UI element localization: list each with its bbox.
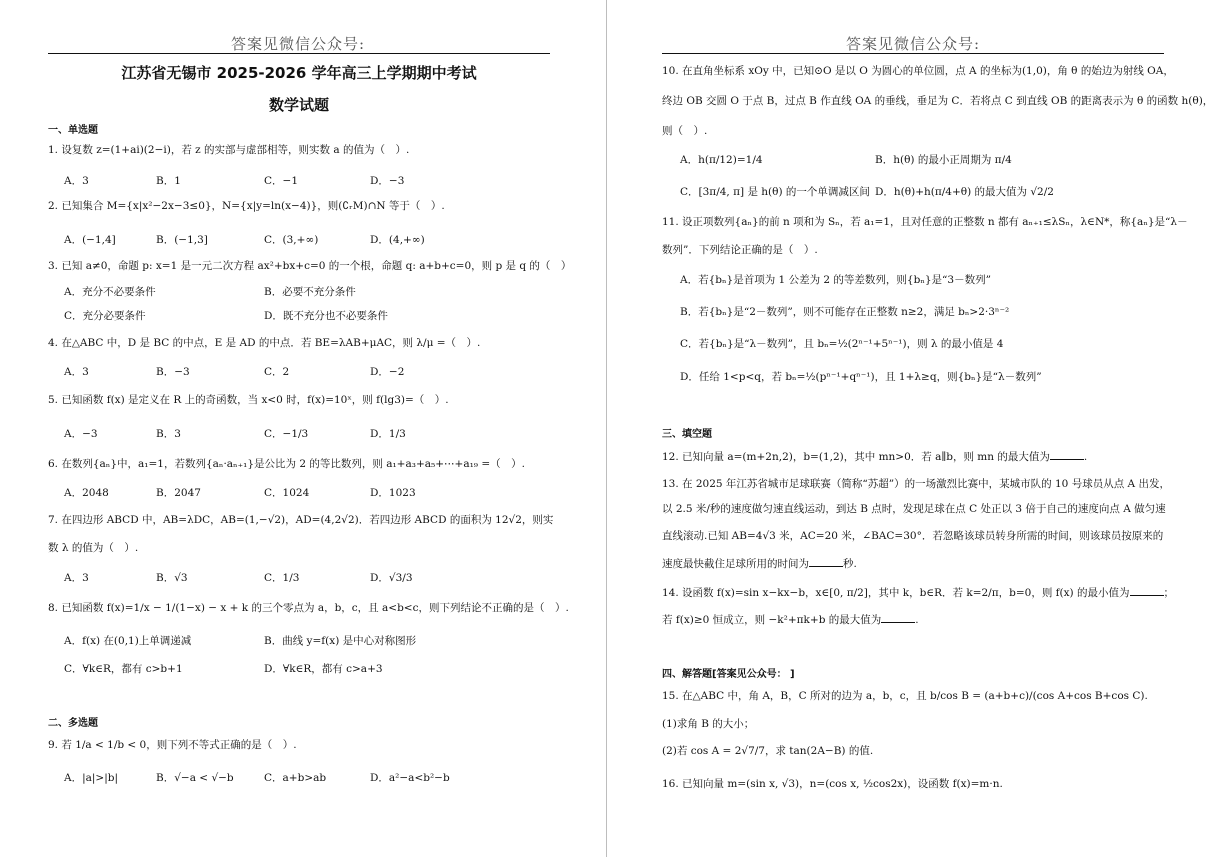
question-10-cont2: 则（ ）. <box>662 124 707 138</box>
question-15-part-1: (1)求角 B 的大小； <box>662 717 754 731</box>
q14-text2: 若 f(x)≥0 恒成立，则 −k²+πk+b 的最大值为 <box>662 614 881 626</box>
question-9: 9. 若 1/a < 1/b < 0，则下列不等式正确的是（ ）. <box>48 738 297 752</box>
question-8: 8. 已知函数 f(x)=1/x − 1/(1−x) − x + k 的三个零点… <box>48 601 569 615</box>
section-heading-fill-blank: 三、填空题 <box>662 425 712 440</box>
right-page: 答案见微信公众号: 10. 在直角坐标系 xOy 中，已知⊙O 是以 O 为圆心… <box>607 0 1214 857</box>
q11-option-d: D．任给 1<p<q，若 bₙ=½(pⁿ⁻¹+qⁿ⁻¹)，且 1+λ≥q，则{b… <box>680 369 1042 384</box>
q3-option-a: A．充分不必要条件 <box>64 284 156 299</box>
answer-blank <box>881 612 915 623</box>
question-12: 12. 已知向量 a=(m+2n,2)，b=(1,2)，其中 mn>0．若 a∥… <box>662 449 1087 464</box>
q4-option-d: D．−2 <box>370 364 404 379</box>
q14-end: ； <box>1164 587 1175 599</box>
q9-option-b: B．√−a < √−b <box>156 770 234 785</box>
q8-option-a: A．f(x) 在(0,1)上单调递减 <box>64 633 191 648</box>
exam-title: 江苏省无锡市 2025-2026 学年高三上学期期中考试 <box>48 62 550 83</box>
header-rule <box>662 53 1164 54</box>
question-1: 1. 设复数 z=(1+ai)(2−i)，若 z 的实部与虚部相等，则实数 a … <box>48 143 409 157</box>
q4-option-b: B．−3 <box>156 364 190 379</box>
question-13-cont3: 速度最快截住足球所用的时间为秒. <box>662 556 857 571</box>
section-heading-solution: 四、解答题[答案见公众号： ] <box>662 665 795 680</box>
answer-blank <box>809 556 843 567</box>
question-10: 10. 在直角坐标系 xOy 中，已知⊙O 是以 O 为圆心的单位圆，点 A 的… <box>662 64 1174 78</box>
question-7-cont: 数 λ 的值为（ ）. <box>48 541 138 555</box>
q1-option-b: B．1 <box>156 173 181 188</box>
page-header: 答案见微信公众号: <box>48 33 548 54</box>
q7-option-b: B．√3 <box>156 570 188 585</box>
q8-option-d: D．∀k∈R，都有 c>a+3 <box>264 661 383 676</box>
q8-option-c: C．∀k∈R，都有 c>b+1 <box>64 661 183 676</box>
q11-option-a: A．若{bₙ}是首项为 1 公差为 2 的等差数列，则{bₙ}是“3－数列” <box>680 272 991 287</box>
question-2: 2. 已知集合 M={x|x²−2x−3≤0}，N={x|y=ln(x−4)}，… <box>48 199 445 213</box>
page-header: 答案见微信公众号: <box>662 33 1164 54</box>
q5-option-c: C．−1/3 <box>264 426 308 441</box>
q4-option-c: C．2 <box>264 364 289 379</box>
question-13: 13. 在 2025 年江苏省城市足球联赛（简称“苏超”）的一场激烈比赛中，某城… <box>662 477 1170 491</box>
q13-text: 速度最快截住足球所用的时间为 <box>662 558 809 570</box>
q1-option-d: D．−3 <box>370 173 404 188</box>
q10-option-a: A．h(π/12)=1/4 <box>680 152 763 167</box>
q14-text: 14. 设函数 f(x)=sin x−kx−b，x∈[0, π/2]，其中 k，… <box>662 587 1130 599</box>
answer-blank <box>1130 585 1164 596</box>
q8-option-b: B．曲线 y=f(x) 是中心对称图形 <box>264 633 416 648</box>
q5-option-b: B．3 <box>156 426 181 441</box>
question-11: 11. 设正项数列{aₙ}的前 n 项和为 Sₙ，若 a₁=1，且对任意的正整数… <box>662 215 1188 229</box>
question-14: 14. 设函数 f(x)=sin x−kx−b，x∈[0, π/2]，其中 k，… <box>662 585 1174 600</box>
q5-option-a: A．−3 <box>64 426 98 441</box>
q6-option-d: D．1023 <box>370 485 416 500</box>
question-14-cont: 若 f(x)≥0 恒成立，则 −k²+πk+b 的最大值为. <box>662 612 919 627</box>
section-heading-multiple-choice: 二、多选题 <box>48 714 98 729</box>
question-15: 15. 在△ABC 中，角 A，B，C 所对的边为 a，b，c，且 b/cos … <box>662 689 1148 703</box>
question-15-part-2: (2)若 cos A = 2√7/7，求 tan(2A−B) 的值. <box>662 744 873 758</box>
q11-option-b: B．若{bₙ}是“2－数列”，则不可能存在正整数 n≥2，满足 bₙ>2·3ⁿ⁻… <box>680 304 1009 319</box>
q1-option-c: C．−1 <box>264 173 298 188</box>
q9-option-a: A．|a|>|b| <box>64 770 118 785</box>
question-13-cont: 以 2.5 米/秒的速度做匀速直线运动，到达 B 点时，发现足球在点 C 处正以… <box>662 502 1166 516</box>
question-13-cont2: 直线滚动.已知 AB=4√3 米，AC=20 米，∠BAC=30°．若忽略该球员… <box>662 529 1163 543</box>
q14-end2: . <box>915 614 918 626</box>
q10-option-c: C．[3π/4, π] 是 h(θ) 的一个单调减区间 <box>680 184 870 199</box>
q10-option-d: D．h(θ)+h(π/4+θ) 的最大值为 √2/2 <box>875 184 1054 199</box>
q3-option-d: D．既不充分也不必要条件 <box>264 308 388 323</box>
q2-option-b: B．(−1,3] <box>156 232 208 247</box>
q3-option-b: B．必要不充分条件 <box>264 284 356 299</box>
q6-option-b: B．2047 <box>156 485 201 500</box>
q7-option-a: A．3 <box>64 570 89 585</box>
header-rule <box>48 53 550 54</box>
q9-option-c: C．a+b>ab <box>264 770 326 785</box>
q6-option-c: C．1024 <box>264 485 309 500</box>
question-7: 7. 在四边形 ABCD 中，AB=λDC，AB=(1,−√2)，AD=(4,2… <box>48 513 553 527</box>
q12-end: . <box>1084 451 1087 463</box>
q2-option-a: A．(−1,4] <box>64 232 116 247</box>
q7-option-d: D．√3/3 <box>370 570 413 585</box>
question-4: 4. 在△ABC 中，D 是 BC 的中点，E 是 AD 的中点．若 BE=λA… <box>48 336 480 350</box>
question-6: 6. 在数列{aₙ}中，a₁=1，若数列{aₙ·aₙ₊₁}是公比为 2 的等比数… <box>48 457 525 471</box>
q7-option-c: C．1/3 <box>264 570 299 585</box>
question-10-cont: 终边 OB 交圆 O 于点 B，过点 B 作直线 OA 的垂线，垂足为 C．若将… <box>662 94 1213 108</box>
q6-option-a: A．2048 <box>64 485 109 500</box>
q13-end: 秒. <box>843 558 857 570</box>
q2-option-d: D．(4,+∞) <box>370 232 425 247</box>
question-11-cont: 数列”．下列结论正确的是（ ）. <box>662 243 818 257</box>
question-5: 5. 已知函数 f(x) 是定义在 R 上的奇函数，当 x<0 时，f(x)=1… <box>48 393 449 407</box>
q2-option-c: C．(3,+∞) <box>264 232 318 247</box>
q1-option-a: A．3 <box>64 173 89 188</box>
left-page: 答案见微信公众号: 江苏省无锡市 2025-2026 学年高三上学期期中考试 数… <box>0 0 606 857</box>
question-16: 16. 已知向量 m=(sin x, √3)，n=(cos x, ½cos2x)… <box>662 777 1003 791</box>
question-3: 3. 已知 a≠0，命题 p: x=1 是一元二次方程 ax²+bx+c=0 的… <box>48 259 571 273</box>
q4-option-a: A．3 <box>64 364 89 379</box>
section-heading-single-choice: 一、单选题 <box>48 121 98 136</box>
exam-subtitle: 数学试题 <box>48 94 550 115</box>
q9-option-d: D．a²−a<b²−b <box>370 770 450 785</box>
q12-text: 12. 已知向量 a=(m+2n,2)，b=(1,2)，其中 mn>0．若 a∥… <box>662 451 1050 463</box>
q3-option-c: C．充分必要条件 <box>64 308 146 323</box>
q10-option-b: B．h(θ) 的最小正周期为 π/4 <box>875 152 1012 167</box>
q11-option-c: C．若{bₙ}是“λ－数列”，且 bₙ=½(2ⁿ⁻¹+5ⁿ⁻¹)，则 λ 的最小… <box>680 336 1003 351</box>
q5-option-d: D．1/3 <box>370 426 406 441</box>
answer-blank <box>1050 449 1084 460</box>
